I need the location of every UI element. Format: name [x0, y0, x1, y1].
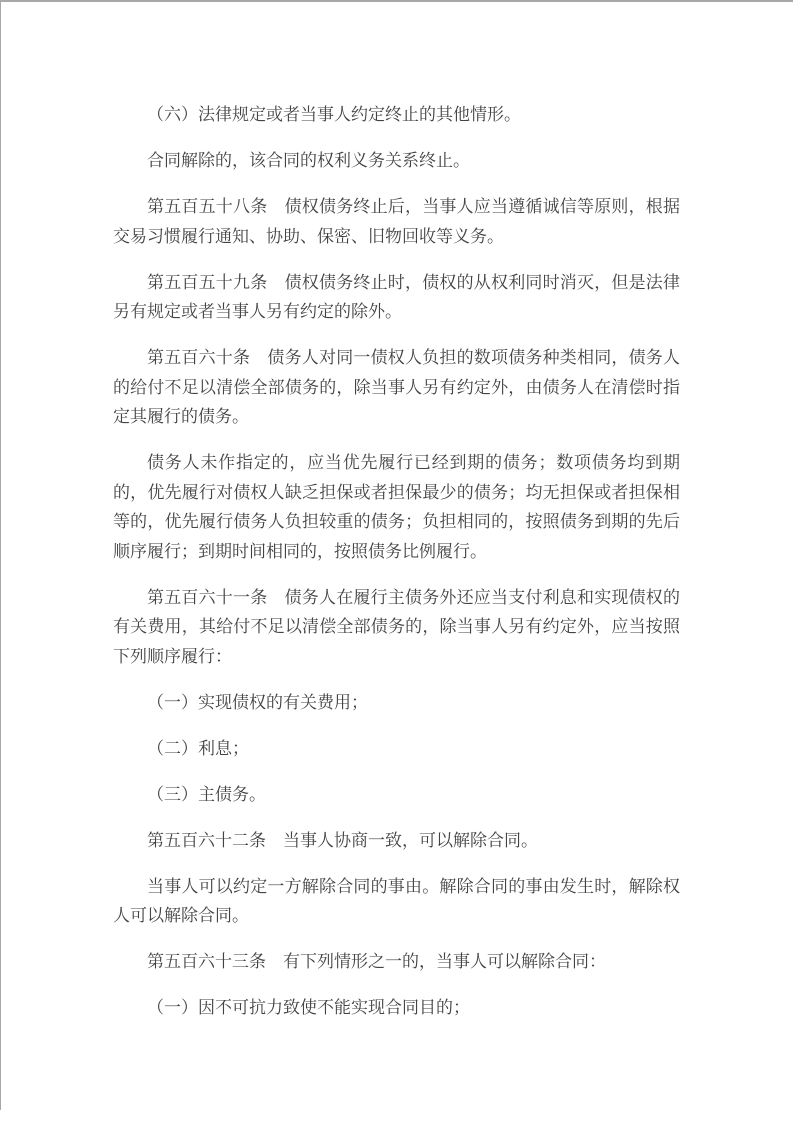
- document-paragraph: 第五百五十八条 债权债务终止后，当事人应当遵循诚信等原则，根据交易习惯履行通知、…: [113, 192, 680, 251]
- document-paragraph: （六）法律规定或者当事人约定终止的其他情形。: [113, 100, 680, 130]
- document-body: （六）法律规定或者当事人约定终止的其他情形。 合同解除的，该合同的权利义务关系终…: [113, 100, 680, 1039]
- page-top-edge: [0, 0, 793, 2]
- document-paragraph: 合同解除的，该合同的权利义务关系终止。: [113, 146, 680, 176]
- document-paragraph: 第五百五十九条 债权债务终止时，债权的从权利同时消灭，但是法律另有规定或者当事人…: [113, 268, 680, 327]
- document-paragraph: （二）利息；: [113, 734, 680, 764]
- document-paragraph: （三）主债务。: [113, 780, 680, 810]
- document-paragraph: 第五百六十二条 当事人协商一致，可以解除合同。: [113, 826, 680, 856]
- page-left-edge: [0, 0, 1, 1110]
- document-page: （六）法律规定或者当事人约定终止的其他情形。 合同解除的，该合同的权利义务关系终…: [0, 0, 793, 1122]
- document-paragraph: 第五百六十一条 债务人在履行主债务外还应当支付利息和实现债权的有关费用，其给付不…: [113, 583, 680, 672]
- document-paragraph: （一）因不可抗力致使不能实现合同目的；: [113, 993, 680, 1023]
- document-paragraph: 债务人未作指定的，应当优先履行已经到期的债务；数项债务均到期的，优先履行对债权人…: [113, 448, 680, 566]
- document-paragraph: 第五百六十三条 有下列情形之一的，当事人可以解除合同：: [113, 947, 680, 977]
- document-paragraph: 当事人可以约定一方解除合同的事由。解除合同的事由发生时，解除权人可以解除合同。: [113, 872, 680, 931]
- document-paragraph: （一）实现债权的有关费用；: [113, 688, 680, 718]
- document-paragraph: 第五百六十条 债务人对同一债权人负担的数项债务种类相同，债务人的给付不足以清偿全…: [113, 343, 680, 432]
